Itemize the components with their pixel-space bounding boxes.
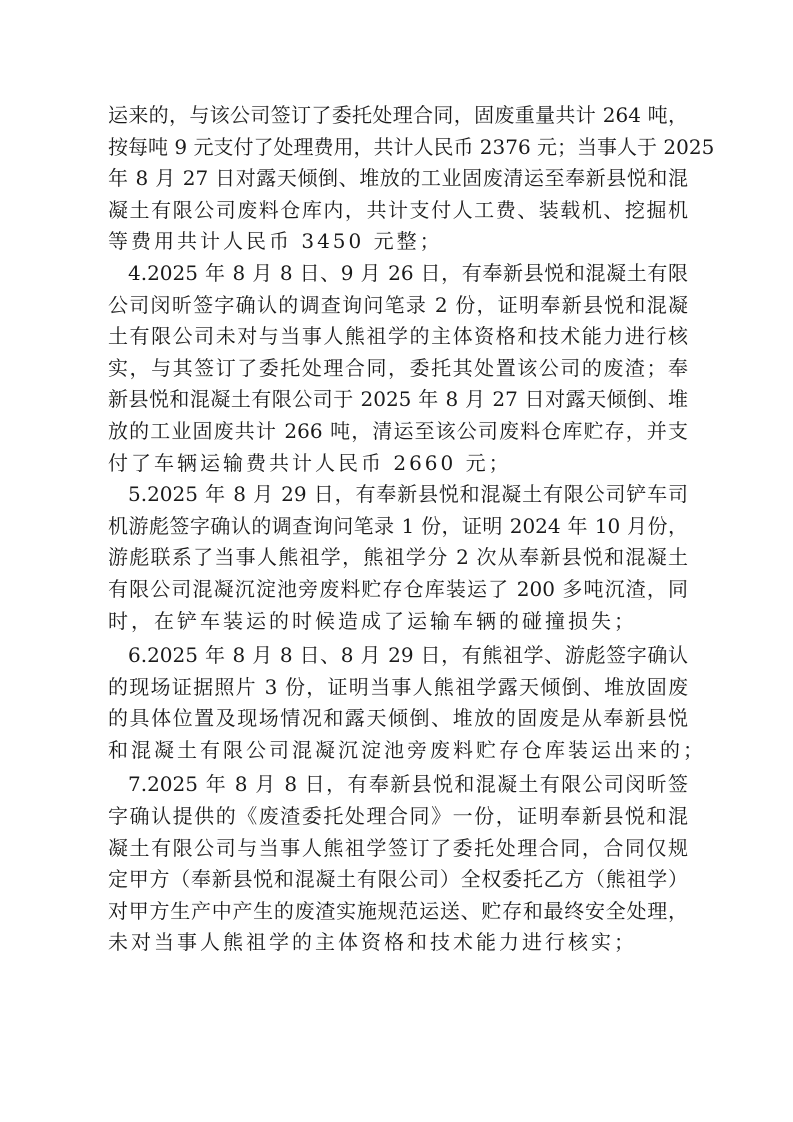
- paragraph-item-6: 6.2025 年 8 月 8 日、8 月 29 日，有熊祖学、游彪签字确认 的现…: [108, 640, 688, 766]
- paragraph-continuation: 运来的，与该公司签订了委托处理合同，固废重量共计 264 吨， 按每吨 9 元支…: [108, 100, 688, 258]
- text-line: 机游彪签字确认的调查询问笔录 1 份，证明 2024 年 10 月份，: [108, 511, 688, 543]
- text-line: 字确认提供的《废渣委托处理合同》一份，证明奉新县悦和混: [108, 801, 688, 833]
- text-line: 未对当事人熊祖学的主体资格和技术能力进行核实；: [108, 927, 688, 959]
- text-line: 对甲方生产中产生的废渣实施规范运送、贮存和最终安全处理，: [108, 896, 688, 928]
- text-line: 7.2025 年 8 月 8 日，有奉新县悦和混凝土有限公司闵昕签: [108, 769, 688, 801]
- text-line: 和混凝土有限公司混凝沉淀池旁废料贮存仓库装运出来的；: [108, 735, 688, 767]
- text-line: 时，在铲车装运的时候造成了运输车辆的碰撞损失；: [108, 606, 688, 638]
- text-line: 新县悦和混凝土有限公司于 2025 年 8 月 27 日对露天倾倒、堆: [108, 384, 688, 416]
- text-line: 运来的，与该公司签订了委托处理合同，固废重量共计 264 吨，: [108, 100, 688, 132]
- text-line: 5.2025 年 8 月 29 日，有奉新县悦和混凝土有限公司铲车司: [108, 479, 688, 511]
- text-line: 6.2025 年 8 月 8 日、8 月 29 日，有熊祖学、游彪签字确认: [108, 640, 688, 672]
- paragraph-item-7: 7.2025 年 8 月 8 日，有奉新县悦和混凝土有限公司闵昕签 字确认提供的…: [108, 769, 688, 959]
- text-line: 年 8 月 27 日对露天倾倒、堆放的工业固废清运至奉新县悦和混: [108, 163, 688, 195]
- text-line: 放的工业固废共计 266 吨，清运至该公司废料仓库贮存，并支: [108, 416, 688, 448]
- text-line: 有限公司混凝沉淀池旁废料贮存仓库装运了 200 多吨沉渣，同: [108, 574, 688, 606]
- paragraph-item-5: 5.2025 年 8 月 29 日，有奉新县悦和混凝土有限公司铲车司 机游彪签字…: [108, 479, 688, 637]
- text-line: 土有限公司未对与当事人熊祖学的主体资格和技术能力进行核: [108, 321, 688, 353]
- text-line: 按每吨 9 元支付了处理费用，共计人民币 2376 元；当事人于 2025: [108, 132, 688, 164]
- paragraph-item-4: 4.2025 年 8 月 8 日、9 月 26 日，有奉新县悦和混凝土有限 公司…: [108, 258, 688, 479]
- text-line: 公司闵昕签字确认的调查询问笔录 2 份，证明奉新县悦和混凝: [108, 290, 688, 322]
- text-line: 凝土有限公司与当事人熊祖学签订了委托处理合同，合同仅规: [108, 833, 688, 865]
- text-line: 游彪联系了当事人熊祖学，熊祖学分 2 次从奉新县悦和混凝土: [108, 542, 688, 574]
- text-line: 4.2025 年 8 月 8 日、9 月 26 日，有奉新县悦和混凝土有限: [108, 258, 688, 290]
- text-line: 的现场证据照片 3 份，证明当事人熊祖学露天倾倒、堆放固废: [108, 672, 688, 704]
- text-line: 的具体位置及现场情况和露天倾倒、堆放的固废是从奉新县悦: [108, 703, 688, 735]
- text-line: 定甲方（奉新县悦和混凝土有限公司）全权委托乙方（熊祖学）: [108, 864, 688, 896]
- document-body: 运来的，与该公司签订了委托处理合同，固废重量共计 264 吨， 按每吨 9 元支…: [108, 100, 688, 959]
- text-line: 付了车辆运输费共计人民币 2660 元；: [108, 448, 688, 480]
- text-line: 等费用共计人民币 3450 元整；: [108, 226, 688, 258]
- text-line: 实，与其签订了委托处理合同，委托其处置该公司的废渣；奉: [108, 353, 688, 385]
- text-line: 凝土有限公司废料仓库内，共计支付人工费、装载机、挖掘机: [108, 195, 688, 227]
- document-page: 运来的，与该公司签订了委托处理合同，固废重量共计 264 吨， 按每吨 9 元支…: [0, 0, 793, 1122]
